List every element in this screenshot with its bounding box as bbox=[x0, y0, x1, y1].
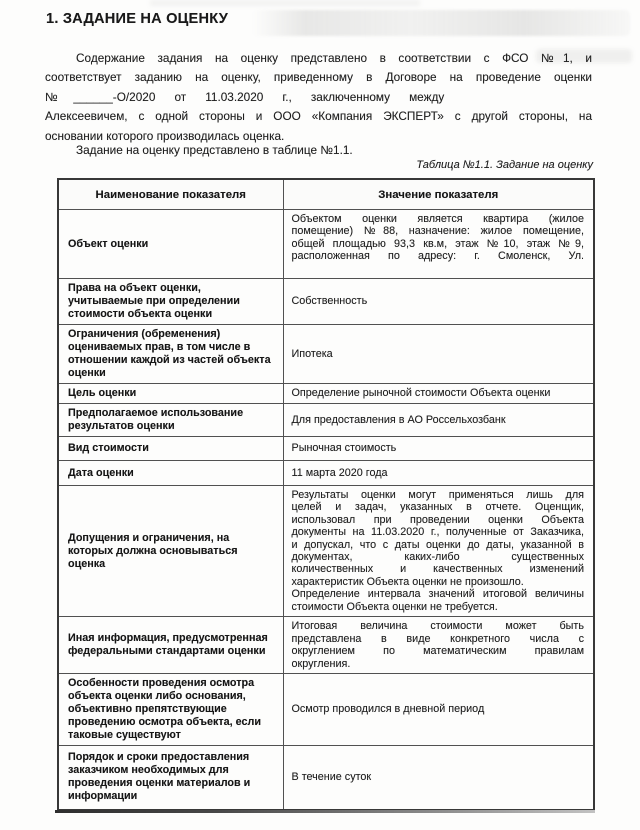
value-line: документы на 11.03.2020 г., полученные о… bbox=[292, 526, 585, 538]
assignment-table-wrap: Наименование показателя Значение показат… bbox=[57, 178, 593, 811]
label-cell: Ограничения (обременения) оцениваемых пр… bbox=[58, 325, 283, 384]
scan-noise-smudge bbox=[150, 0, 420, 6]
intro-line: Алексеевичем, с одной стороны и ООО «Ком… bbox=[45, 107, 592, 126]
value-line: расположенная по адресу: г. Смоленск, Ул… bbox=[292, 250, 585, 262]
table-row: Предполагаемое использование результатов… bbox=[58, 404, 594, 437]
value-cell: Объектом оценки является квартира (жилое… bbox=[283, 210, 594, 279]
value-cell: В течение суток bbox=[283, 746, 594, 810]
table-row: Ограничения (обременения) оцениваемых пр… bbox=[58, 325, 594, 384]
value-cell: Собственность bbox=[283, 279, 594, 325]
value-cell: Рыночная стоимость bbox=[283, 437, 594, 461]
value-line: Итоговая величина стоимости может быть bbox=[292, 620, 585, 632]
value-line bbox=[292, 263, 585, 275]
value-text: Собственность bbox=[292, 295, 585, 307]
value-text: Рыночная стоимость bbox=[292, 442, 585, 454]
table-row: Иная информация, предусмотренная федерал… bbox=[58, 617, 594, 674]
value-line: помещение) №88, назначение: жилое помеще… bbox=[292, 225, 585, 237]
table-row: Порядок и сроки предоставления заказчико… bbox=[58, 746, 594, 810]
value-cell: Для предоставления в АО Россельхозбанк bbox=[283, 404, 594, 437]
value-line: Результаты оценки могут применяться лишь… bbox=[292, 489, 585, 501]
assignment-table: Наименование показателя Значение показат… bbox=[57, 178, 595, 811]
table-row: Права на объект оценки, учитываемые при … bbox=[58, 279, 594, 325]
table-row: Вид стоимостиРыночная стоимость bbox=[58, 437, 594, 461]
value-line: Определение интервала значений итоговой … bbox=[292, 588, 585, 600]
value-line: стоимости Объекта оценки не требуется. bbox=[292, 601, 585, 613]
label-cell: Иная информация, предусмотренная федерал… bbox=[58, 617, 283, 674]
value-line: и допускал, что с даты оценки до даты, у… bbox=[292, 539, 585, 551]
table-caption: Таблица №1.1. Задание на оценку bbox=[292, 159, 593, 171]
value-text: Определение рыночной стоимости Объекта о… bbox=[292, 387, 585, 399]
value-line: общей площадью 93,3 кв.м, этаж №10, этаж… bbox=[292, 238, 585, 250]
label-cell: Особенности проведения осмотра объекта о… bbox=[58, 674, 283, 746]
scan-noise-smudge bbox=[252, 10, 630, 36]
value-line: использовал при проведении оценки Объект… bbox=[292, 514, 585, 526]
header-value-cell: Значение показателя bbox=[283, 179, 594, 210]
intro-paragraph: Содержание задания на оценку представлен… bbox=[45, 49, 592, 146]
table-row: Особенности проведения осмотра объекта о… bbox=[58, 674, 594, 746]
label-cell: Допущения и ограничения, на которых долж… bbox=[58, 486, 283, 617]
scanned-document-page: 1. ЗАДАНИЕ НА ОЦЕНКУ Содержание задания … bbox=[0, 0, 640, 830]
intro-line: соответствует заданию на оценку, приведе… bbox=[45, 68, 592, 87]
value-line: округлением по математическим правилам bbox=[292, 645, 585, 657]
value-text: Ипотека bbox=[292, 348, 585, 360]
table-row: Дата оценки11 марта 2020 года bbox=[58, 461, 594, 486]
value-cell: Итоговая величина стоимости может бытьпр… bbox=[283, 617, 594, 674]
value-cell: Осмотр проводился в дневной период bbox=[283, 674, 594, 746]
value-line: документах, каких-либо существенных bbox=[292, 551, 585, 563]
section-title: 1. ЗАДАНИЕ НА ОЦЕНКУ bbox=[46, 11, 228, 27]
label-cell: Объект оценки bbox=[58, 210, 283, 279]
value-text: В течение суток bbox=[292, 771, 585, 783]
value-cell: 11 марта 2020 года bbox=[283, 461, 594, 486]
label-cell: Дата оценки bbox=[58, 461, 283, 486]
table-row: Цель оценкиОпределение рыночной стоимост… bbox=[58, 384, 594, 404]
table-row: Допущения и ограничения, на которых долж… bbox=[58, 486, 594, 617]
value-text: 11 марта 2020 года bbox=[292, 467, 585, 479]
table-row: Объект оценкиОбъектом оценки является кв… bbox=[58, 210, 594, 279]
table-bottom-border-fade bbox=[55, 810, 595, 813]
intro-line: №______-О/2020 от 11.03.2020 г., заключе… bbox=[45, 88, 444, 107]
value-line: округления. bbox=[292, 658, 585, 670]
header-name-cell: Наименование показателя bbox=[58, 179, 283, 210]
table-note: Задание на оценку представлено в таблице… bbox=[76, 143, 353, 157]
label-cell: Вид стоимости bbox=[58, 437, 283, 461]
intro-line: Содержание задания на оценку представлен… bbox=[45, 49, 592, 68]
label-cell: Права на объект оценки, учитываемые при … bbox=[58, 279, 283, 325]
value-text: Осмотр проводился в дневной период bbox=[292, 703, 585, 715]
value-text: Для предоставления в АО Россельхозбанк bbox=[292, 414, 585, 426]
table-header-row: Наименование показателя Значение показат… bbox=[58, 179, 594, 210]
value-line: целей и задач, указанных в отчете. Оценщ… bbox=[292, 501, 585, 513]
label-cell: Предполагаемое использование результатов… bbox=[58, 404, 283, 437]
value-line: характеристик Объекта оценки не произошл… bbox=[292, 576, 585, 588]
value-line: Объектом оценки является квартира (жилое bbox=[292, 213, 585, 225]
label-cell: Цель оценки bbox=[58, 384, 283, 404]
value-cell: Результаты оценки могут применяться лишь… bbox=[283, 486, 594, 617]
value-cell: Определение рыночной стоимости Объекта о… bbox=[283, 384, 594, 404]
value-line: количественных и качественных изменений bbox=[292, 563, 585, 575]
value-cell: Ипотека bbox=[283, 325, 594, 384]
value-line: представлена в виде конкретного числа с bbox=[292, 633, 585, 645]
label-cell: Порядок и сроки предоставления заказчико… bbox=[58, 746, 283, 810]
